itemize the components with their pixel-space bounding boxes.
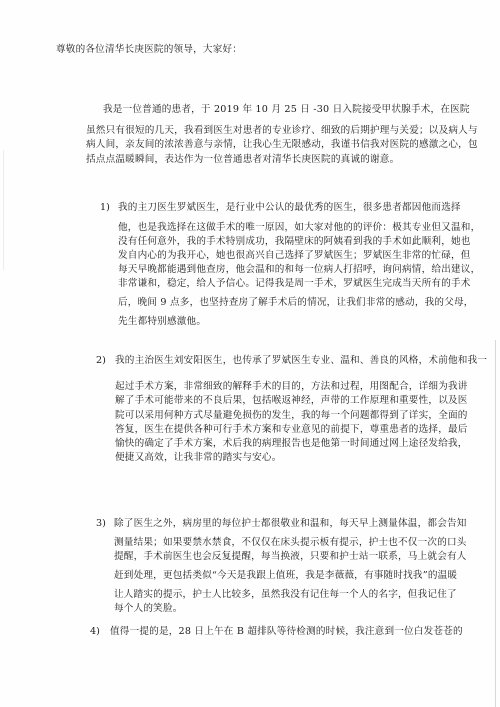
section-line: 让人踏实的提示，护士人比较多，虽然我没有记住每一个人的名字，但我记住了 — [114, 589, 457, 601]
scan-edge-shadow — [495, 340, 496, 707]
section-line: 测量结果；如果要禁水禁食，不仅仅在床头提示板有提示，护士也不仅一次的口头 — [114, 537, 467, 549]
section-line: 愉快的确定了手术方案，术后我的病理报告也是他第一时间通过网上途径发给我， — [115, 438, 468, 450]
section-line: 我的主刀医生罗斌医生，是行业中公认的最优秀的医生，很多患者都因他而选择 — [118, 202, 461, 214]
section-number: 2) — [96, 355, 106, 367]
section-line: 发自内心的为我开心，她也很高兴自己选择了罗斌医生；罗斌医生非常的忙碌，但 — [118, 250, 471, 262]
section-number: 1) — [100, 202, 110, 214]
section-line: 除了医生之外，病房里的每位护士都很敬业和温和，每天早上测量体温，都会告知 — [114, 518, 467, 530]
scanned-letter-page: 尊敬的各位清华长庚医院的领导，大家好： 我是一位普通的患者，于 2019 年 1… — [0, 0, 500, 707]
section-line: 没有任何意外，我的手术特别成功，我隔壁床的阿姨看到我的手术如此顺利，她也 — [118, 236, 471, 248]
scan-edge-shadow — [3, 150, 4, 270]
section-line: 每个人的笑脸。 — [114, 603, 183, 615]
greeting: 尊敬的各位清华长庚医院的领导，大家好： — [56, 44, 242, 56]
section-line: 答复，医生在提供各种可行手术方案和专业意见的前提下，尊重患者的选择，最后 — [115, 424, 468, 436]
section-line: 赶到处理，更包括类似“今天是我跟上值班，我是李薇薇，有事随时找我”的温暖 — [114, 570, 457, 582]
section-number: 4) — [90, 626, 100, 638]
intro-line: 虽然只有很短的几天，我看到医生对患者的专业诊疗、细致的后期护理与关爱；以及病人与 — [86, 125, 478, 137]
section-number: 3) — [96, 518, 106, 530]
section-line: 值得一提的是，28 日上午在 B 超排队等待检测的时候，我注意到一位白发苍苍的 — [110, 626, 463, 638]
section-line: 便捷又高效，让我非常的踏实与安心。 — [115, 452, 282, 464]
section-line: 后，晚间 9 点多，也坚持查房了解手术后的情况，让我们非常的感动，我的父母， — [118, 297, 474, 309]
section-line: 起过手术方案，非常细致的解释手术的目的，方法和过程，用图配合，详细为我讲 — [115, 381, 468, 393]
section-line: 提醒，手术前医生也会反复提醒，每当换液，只要和护士站一联系，马上就会有人 — [114, 551, 467, 563]
intro-line: 我是一位普通的患者，于 2019 年 10 月 25 日 -30 日入院接受甲状… — [103, 104, 470, 116]
section-line: 院可以采用何种方式尽量避免损伤的发生，我的每一个问题都得到了详实，全面的 — [115, 410, 468, 422]
section-line: 解了手术可能带来的不良后果，包括喉返神经，声带的工作原理和重要性，以及医 — [115, 395, 468, 407]
intro-line: 括点点温暖瞬间，表达作为一位普通患者对清华长庚医院的真诚的谢意。 — [86, 154, 399, 166]
section-line: 先生都特别感激他。 — [118, 316, 206, 328]
section-line: 非常谦和，稳定，给人予信心。记得我是周一手术，罗斌医生完成当天所有的手术 — [118, 278, 471, 290]
intro-line: 病人间，亲友间的浓浓善意与亲情，让我心生无限感动，我谨书信我对医院的感激之心，包 — [86, 139, 478, 151]
section-line: 我的主治医生刘安阳医生，也传承了罗斌医生专业、温和、善良的风格，术前他和我一 — [115, 355, 487, 367]
section-line: 他，也是我选择在这做手术的唯一原因，如大家对他的的评价：极其专业但又温和， — [118, 222, 480, 234]
section-line: 每天早晚都能遇到他查房，他会温和的和每一位病人打招呼，询问病情，给出建议， — [118, 264, 480, 276]
